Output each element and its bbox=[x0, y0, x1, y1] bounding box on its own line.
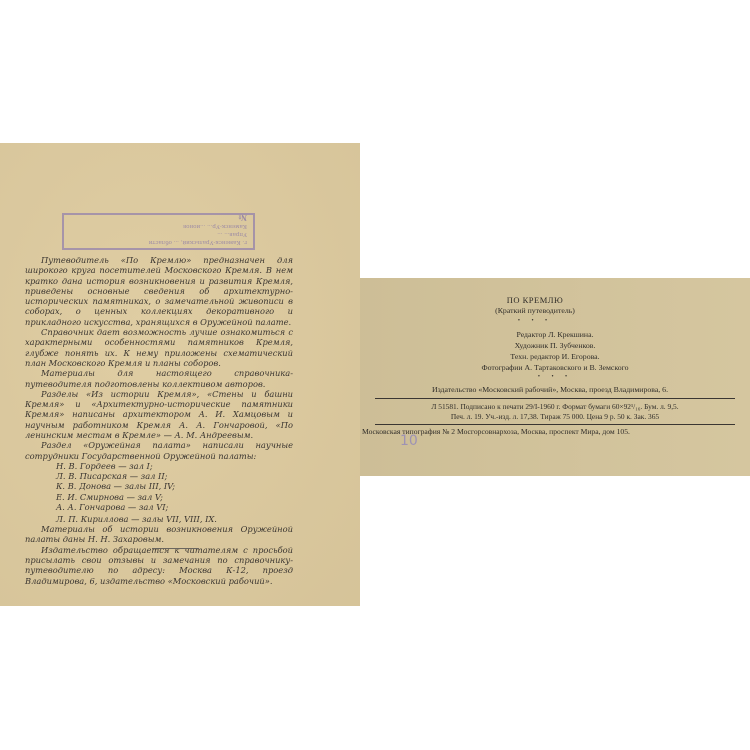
authors-list: Н. В. Гордеев — зал I; Л. В. Писарская —… bbox=[25, 461, 293, 524]
separator-dots: • • • bbox=[360, 374, 750, 380]
credit-tech-editor: Техн. редактор И. Егорова. bbox=[360, 352, 750, 361]
author-item: А. А. Гончарова — зал VI; bbox=[56, 502, 293, 512]
paragraph: Разделы «Из истории Кремля», «Стены и ба… bbox=[25, 389, 293, 440]
pencil-mark: 10 bbox=[400, 433, 430, 463]
stamp-number-mark: № bbox=[70, 214, 247, 222]
annotation-text: Путеводитель «По Кремлю» предназначен дл… bbox=[25, 255, 293, 586]
book-title: ПО КРЕМЛЮ bbox=[340, 295, 730, 305]
paragraph: Материалы для настоящего справочника-пут… bbox=[25, 368, 293, 389]
paragraph: Путеводитель «По Кремлю» предназначен дл… bbox=[25, 255, 293, 327]
library-stamp: г. Каменск-Уральский, ... области Управ.… bbox=[62, 213, 255, 250]
separator-dots: • • • bbox=[340, 318, 730, 324]
imprint-line: Печ. л. 19. Уч.-изд. л. 17,38. Тираж 75 … bbox=[360, 412, 750, 421]
ornamental-rule bbox=[152, 548, 199, 549]
author-item: К. В. Донова — залы III, IV; bbox=[56, 481, 293, 491]
credit-artist: Художник П. Зубченков. bbox=[360, 341, 750, 350]
author-item: Л. П. Кириллова — залы VII, VIII, IX. bbox=[56, 514, 293, 524]
stamp-line: Управ... ... bbox=[70, 230, 247, 238]
paragraph: Материалы об истории возникновения Оруже… bbox=[25, 524, 293, 545]
credit-photographers: Фотографии А. Тартаковского и В. Земског… bbox=[360, 363, 750, 372]
rule-line bbox=[375, 424, 735, 425]
paragraph: Издательство обращается к читателям с пр… bbox=[25, 545, 293, 586]
left-page: г. Каменск-Уральский, ... области Управ.… bbox=[0, 143, 360, 606]
author-item: Е. И. Смирнова — зал V; bbox=[56, 492, 293, 502]
publisher-line: Издательство «Московский рабочий», Москв… bbox=[355, 385, 745, 394]
author-item: Л. В. Писарская — зал II; bbox=[56, 471, 293, 481]
author-item: Н. В. Гордеев — зал I; bbox=[56, 461, 293, 471]
paragraph: Справочник дает возможность лучше ознако… bbox=[25, 327, 293, 368]
imprint-line: Л 51581. Подписано к печати 29/I-1960 г.… bbox=[360, 402, 750, 411]
rule-line bbox=[375, 398, 735, 399]
stamp-line: г. Каменск-Уральский, ... области bbox=[70, 238, 247, 246]
paragraph: Раздел «Оружейная палата» написали научн… bbox=[25, 440, 293, 461]
right-page: ПО КРЕМЛЮ (Краткий путеводитель) • • • Р… bbox=[360, 278, 750, 476]
credit-editor: Редактор Л. Крекшина. bbox=[360, 330, 750, 339]
book-subtitle: (Краткий путеводитель) bbox=[340, 306, 730, 315]
stamp-line: Каменск-Ур... ...ионов bbox=[70, 222, 247, 230]
